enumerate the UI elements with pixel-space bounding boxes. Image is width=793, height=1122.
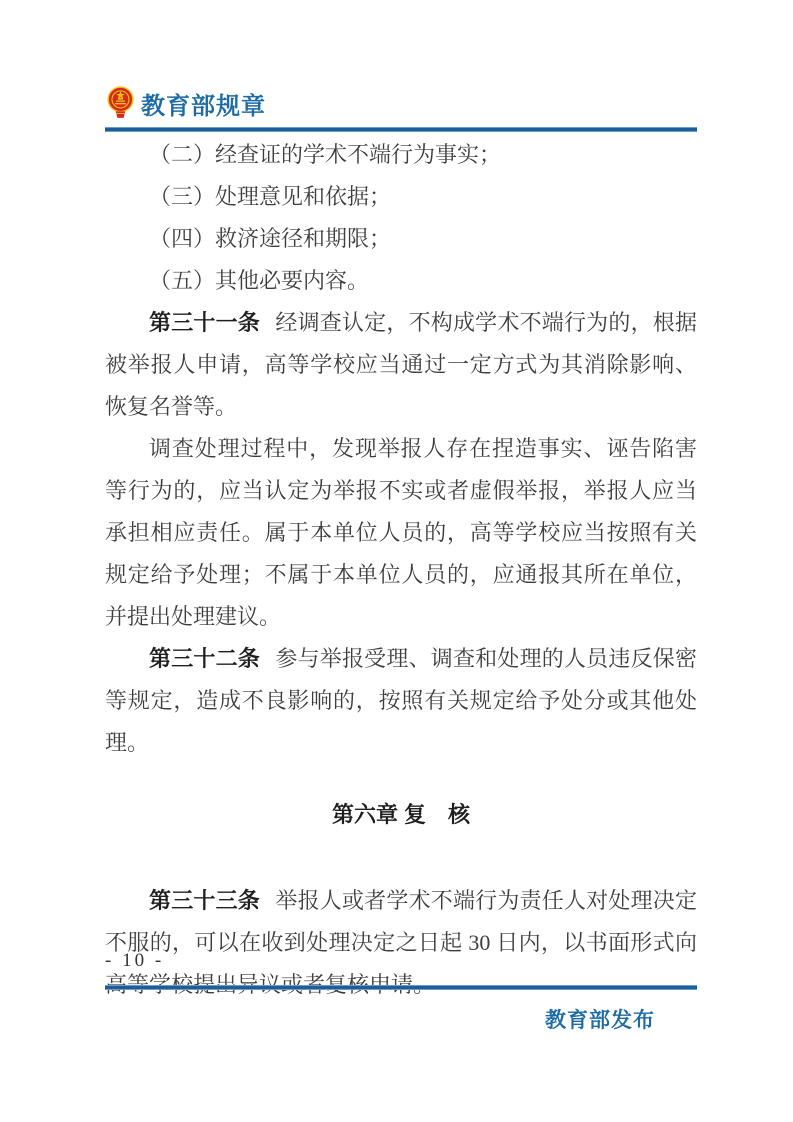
national-emblem-icon	[106, 84, 135, 122]
list-item: （三）处理意见和依据；	[105, 176, 697, 218]
list-item: （五）其他必要内容。	[105, 260, 697, 302]
article-32-number: 第三十二条	[149, 646, 260, 671]
header-divider	[105, 127, 697, 132]
paragraph-investigation: 调查处理过程中，发现举报人存在捏造事实、诬告陷害等行为的，应当认定为举报不实或者…	[105, 428, 697, 638]
chapter-heading: 第六章 复 核	[105, 794, 697, 836]
document-page: 教育部规章 （二）经查证的学术不端行为事实； （三）处理意见和依据； （四）救济…	[0, 0, 793, 1122]
article-32: 第三十二条参与举报受理、调查和处理的人员违反保密等规定，造成不良影响的，按照有关…	[105, 638, 697, 764]
list-item: （二）经查证的学术不端行为事实；	[105, 134, 697, 176]
article-33-number: 第三十三条	[149, 888, 260, 913]
article-31: 第三十一条经调查认定，不构成学术不端行为的，根据被举报人申请，高等学校应当通过一…	[105, 302, 697, 428]
doc-header: 教育部规章	[105, 82, 697, 124]
page-number: - 10 -	[105, 950, 164, 972]
publisher-label: 教育部发布	[545, 1004, 655, 1034]
article-31-number: 第三十一条	[149, 310, 260, 335]
doc-header-title: 教育部规章	[141, 86, 266, 121]
list-item: （四）救济途径和期限；	[105, 218, 697, 260]
paragraph-investigation-text: 调查处理过程中，发现举报人存在捏造事实、诬告陷害等行为的，应当认定为举报不实或者…	[105, 436, 697, 629]
footer-divider	[105, 985, 697, 990]
doc-body: （二）经查证的学术不端行为事实； （三）处理意见和依据； （四）救济途径和期限；…	[105, 134, 697, 1006]
